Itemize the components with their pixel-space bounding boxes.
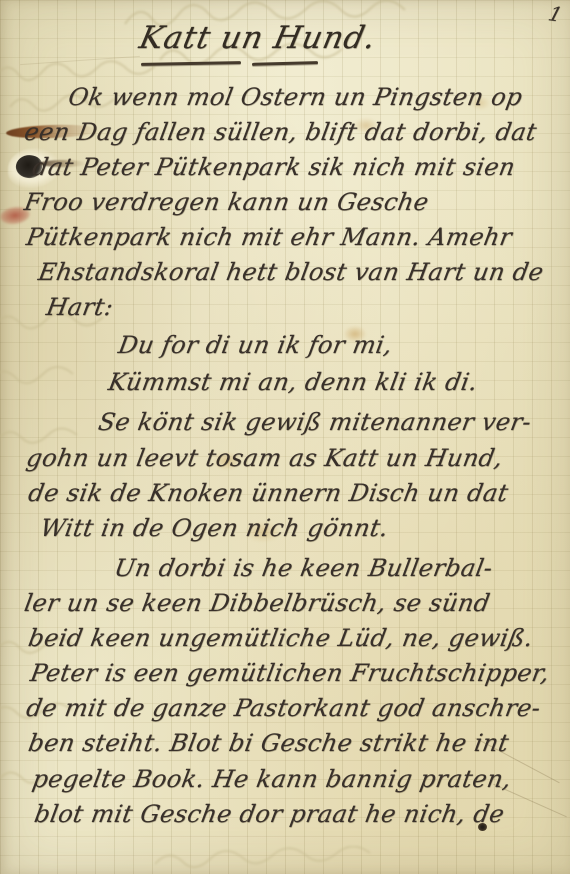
manuscript-line: dat Peter Pütkenpark sik nich mit sien xyxy=(30,152,518,182)
manuscript-line: de sik de Knoken ünnern Disch un dat xyxy=(26,478,511,508)
manuscript-line: Pütkenpark nich mit ehr Mann. Amehr xyxy=(24,222,514,252)
show-through-marks xyxy=(150,846,450,874)
manuscript-line: ler un se keen Dibbelbrüsch, se sünd xyxy=(22,588,492,618)
page-number: 1 xyxy=(546,1,565,26)
manuscript-page: 1 Katt un Hund. Ok wenn mol Ostern un Pi… xyxy=(0,0,570,874)
manuscript-line: Hart: xyxy=(44,292,116,322)
manuscript-line: Witt in de Ogen nich gönnt. xyxy=(38,513,391,543)
manuscript-line: Du for di un ik for mi, xyxy=(116,330,395,360)
title-underline xyxy=(252,61,318,65)
manuscript-line: beid keen ungemütliche Lüd, ne, gewiß. xyxy=(26,623,536,653)
manuscript-line: Kümmst mi an, denn kli ik di. xyxy=(106,367,480,397)
scratch-marks xyxy=(20,56,140,65)
manuscript-line: blot mit Gesche dor praat he nich, de xyxy=(32,799,507,829)
manuscript-line: een Dag fallen süllen, blift dat dorbi, … xyxy=(22,117,539,147)
manuscript-line: gohn un leevt tosam as Katt un Hund, xyxy=(24,443,505,473)
manuscript-line: de mit de ganze Pastorkant god anschre- xyxy=(24,693,543,723)
manuscript-line: Se könt sik gewiß mitenanner ver- xyxy=(96,407,534,437)
manuscript-line: Froo verdregen kann un Gesche xyxy=(22,187,431,217)
manuscript-line: Un dorbi is he keen Bullerbal- xyxy=(112,553,495,583)
manuscript-line: Ok wenn mol Ostern un Pingsten op xyxy=(66,82,525,112)
manuscript-title: Katt un Hund. xyxy=(136,20,380,56)
manuscript-line: ben steiht. Blot bi Gesche strikt he int xyxy=(26,728,511,758)
manuscript-line: pegelte Book. He kann bannig praten, xyxy=(30,764,514,794)
title-underline xyxy=(141,61,241,65)
manuscript-line: Peter is een gemütlichen Fruchtschipper, xyxy=(28,658,552,688)
manuscript-line: Ehstandskoral hett blost van Hart un de xyxy=(36,257,546,287)
